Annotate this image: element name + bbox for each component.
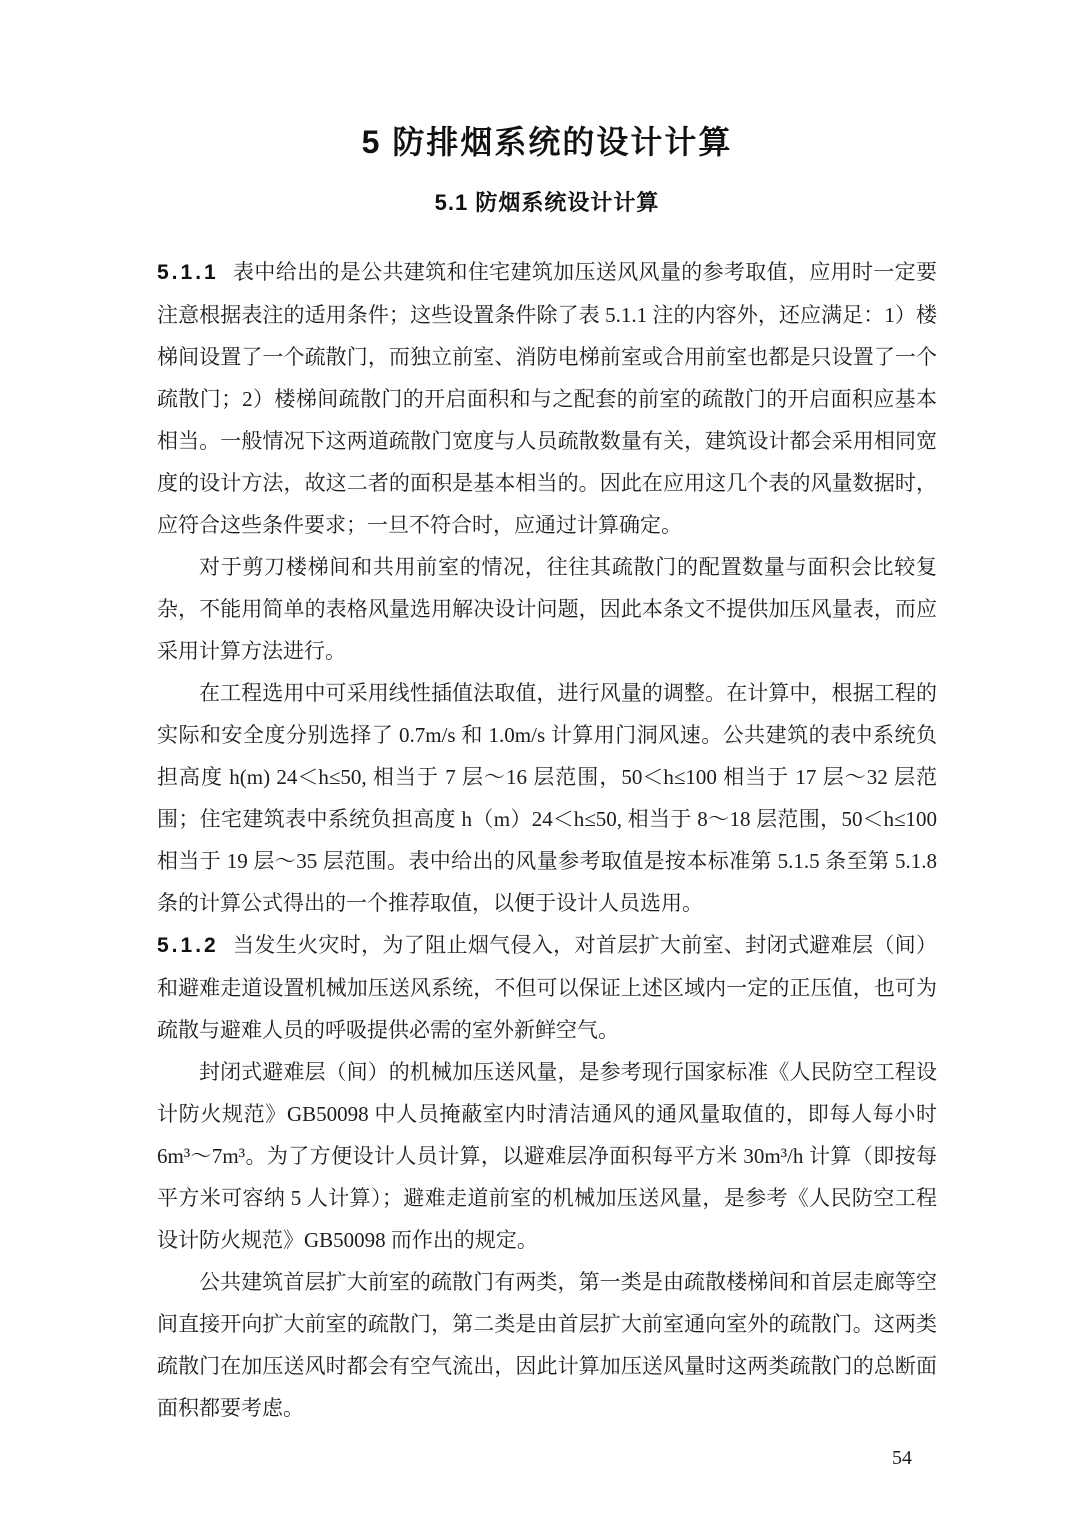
paragraph: 对于剪刀楼梯间和共用前室的情况，往往其疏散门的配置数量与面积会比较复杂，不能用简… — [157, 546, 937, 672]
clause-number: 5.1.1 — [157, 261, 219, 284]
paragraph-text: 封闭式避难层（间）的机械加压送风量，是参考现行国家标准《人民防空工程设计防火规范… — [157, 1060, 937, 1252]
body-text: 5.1.1表中给出的是公共建筑和住宅建筑加压送风风量的参考取值，应用时一定要注意… — [157, 251, 937, 1429]
page-number: 54 — [157, 1445, 937, 1471]
paragraph-clause-5-1-1: 5.1.1表中给出的是公共建筑和住宅建筑加压送风风量的参考取值，应用时一定要注意… — [157, 251, 937, 546]
paragraph-clause-5-1-2: 5.1.2当发生火灾时，为了阻止烟气侵入，对首层扩大前室、封闭式避难层（间）和避… — [157, 924, 937, 1051]
paragraph-text: 公共建筑首层扩大前室的疏散门有两类，第一类是由疏散楼梯间和首层走廊等空间直接开向… — [157, 1270, 937, 1420]
paragraph-text: 在工程选用中可采用线性插值法取值，进行风量的调整。在计算中，根据工程的实际和安全… — [157, 681, 937, 915]
paragraph-text: 对于剪刀楼梯间和共用前室的情况，往往其疏散门的配置数量与面积会比较复杂，不能用简… — [157, 555, 937, 663]
chapter-title: 5 防排烟系统的设计计算 — [157, 122, 937, 162]
paragraph: 在工程选用中可采用线性插值法取值，进行风量的调整。在计算中，根据工程的实际和安全… — [157, 672, 937, 924]
paragraph: 封闭式避难层（间）的机械加压送风量，是参考现行国家标准《人民防空工程设计防火规范… — [157, 1051, 937, 1261]
document-page: 5 防排烟系统的设计计算 5.1 防烟系统设计计算 5.1.1表中给出的是公共建… — [0, 0, 1080, 1527]
section-title: 5.1 防烟系统设计计算 — [157, 188, 937, 218]
paragraph: 公共建筑首层扩大前室的疏散门有两类，第一类是由疏散楼梯间和首层走廊等空间直接开向… — [157, 1261, 937, 1429]
paragraph-text: 表中给出的是公共建筑和住宅建筑加压送风风量的参考取值，应用时一定要注意根据表注的… — [157, 260, 937, 537]
clause-number: 5.1.2 — [157, 934, 219, 957]
page-content: 5 防排烟系统的设计计算 5.1 防烟系统设计计算 5.1.1表中给出的是公共建… — [157, 122, 937, 1471]
paragraph-text: 当发生火灾时，为了阻止烟气侵入，对首层扩大前室、封闭式避难层（间）和避难走道设置… — [157, 933, 937, 1042]
